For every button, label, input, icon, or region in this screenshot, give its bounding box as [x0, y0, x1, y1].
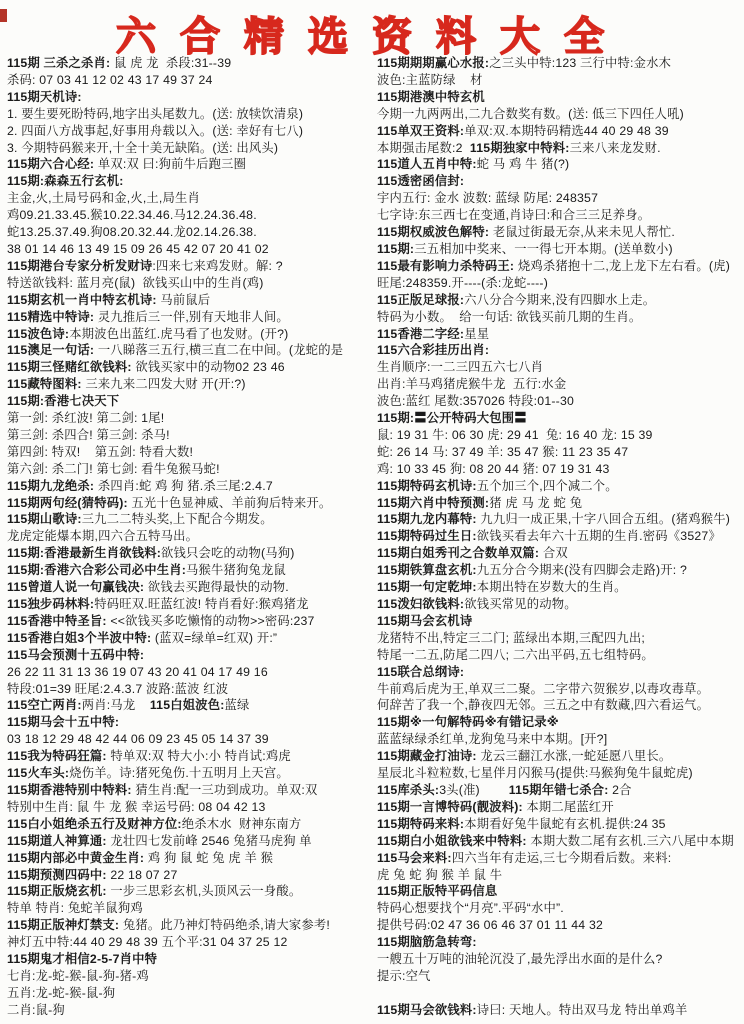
text-line: 115火车头:烧伤羊。诗:猪死兔伤.十五明月上天宫。 — [7, 765, 372, 782]
line-text: 26 22 11 31 13 36 19 07 43 20 41 04 17 4… — [7, 665, 268, 679]
text-line: 蓝蓝绿绿杀红单,龙狗兔马来中本期。[开?] — [377, 731, 744, 748]
line-text: 第一剑: 杀红波! 第二剑: 1尾! — [7, 411, 164, 425]
line-text: 3. 今期特码猴来开,十全十美无缺陷。(送: 出风头) — [7, 141, 278, 155]
line-label: 115期预测四码中: — [7, 868, 107, 882]
text-line: 115期马会欲钱料:诗曰: 天地人。特出双马龙 特出单鸡羊 — [377, 1002, 744, 1019]
line-text: 牛前鸡后虎为王,单双三二聚。二字带六贺猴岁,以毒攻毒草。 — [377, 682, 709, 696]
line-label: 115期两句经(猜特码): — [7, 496, 128, 510]
line-text: 老鼠过街最无奈,从来未见人帮忙. — [489, 225, 675, 239]
line-text: 何辞苦了我一个,静夜四无邻。三五之中有数藏,四六看运气。 — [377, 698, 709, 712]
text-line: 115期:香港最新生肖欲钱料:欲钱只会吃的动物(马狗) — [7, 545, 372, 562]
line-label: 115期特码玄机诗: — [377, 479, 477, 493]
line-text: 龙虎定能爆本期,四六合五特马出。 — [7, 529, 198, 543]
line-label: 115期六合心经: — [7, 157, 94, 171]
text-line: 二肖:鼠-狗 — [7, 1002, 372, 1019]
line-text: 2合 — [609, 783, 632, 797]
line-label: 115单双王资料: — [377, 124, 464, 138]
line-text: 欲钱去买跑得最快的动物. — [144, 580, 289, 594]
line-label: 115期九龙绝杀: — [7, 479, 94, 493]
text-line: 115期:森森五行玄机: — [7, 173, 372, 190]
line-label: 115期正版烧玄机: — [7, 884, 107, 898]
text-line: 115期正版烧玄机: 一步三思彩玄机,头顶风云一身酸。 — [7, 883, 372, 900]
line-text: 主金,火,土局号码和金,火,土,局生肖 — [7, 191, 200, 205]
text-line: 鼠: 19 31 牛: 06 30 虎: 29 41 兔: 16 40 龙: 1… — [377, 427, 744, 444]
text-line: 115期三怪赌红欲钱料: 欲钱买家中的动物02 23 46 — [7, 359, 372, 376]
line-text: 灵九推后三一伴,别有天地非人间。 — [94, 310, 289, 324]
content: 115期 三杀之杀肖: 鼠 虎 龙 杀段:31--39杀码: 07 03 41 … — [0, 55, 744, 1019]
text-line: 38 01 14 46 13 49 15 09 26 45 42 07 20 4… — [7, 241, 372, 258]
text-line: 七肖:龙-蛇-猴-鼠-狗-猪-鸡 — [7, 968, 372, 985]
line-label: 115澳足一句话: — [7, 343, 94, 357]
line-label: 115期权威波色解特: — [377, 225, 489, 239]
line-text: 星星 — [464, 327, 489, 341]
line-text: 七字诗:东三西七在变通,肖诗曰:和合三三足养身。 — [377, 208, 650, 222]
text-line: 115期白姐秀刊之合数单双篇: 合双 — [377, 545, 744, 562]
text-line: 115期正版特平码信息 — [377, 883, 744, 900]
text-line: 115期六肖中特预测:猪 虎 马 龙 蛇 兔 — [377, 495, 744, 512]
text-line: 115期一句定乾坤:本期出特在岁数大的生肖。 — [377, 579, 744, 596]
line-label: 115藏特图料: — [7, 377, 82, 391]
text-line: 第六剑: 杀二门! 第七剑: 看牛兔猴马蛇! — [7, 461, 372, 478]
line-text: 猪 虎 马 龙 蛇 兔 — [489, 496, 582, 510]
text-line: 115透密函信封: — [377, 173, 744, 190]
line-text: 一步三思彩玄机,头顶风云一身酸。 — [107, 884, 302, 898]
line-label: 115期马会欲钱料: — [377, 1003, 477, 1017]
line-text: 五肖:龙-蛇-猴-鼠-狗 — [7, 986, 115, 1000]
line-label: 115期白姐秀刊之合数单双篇: — [377, 546, 539, 560]
line-text: 欲钱买常见的动物。 — [464, 597, 576, 611]
line-label: 115最有影响力杀特码王: — [377, 259, 514, 273]
line-label: 115联合总纲诗: — [377, 665, 464, 679]
text-line: 115期港澳中特玄机 — [377, 89, 744, 106]
line-text: 合双 — [539, 546, 568, 560]
text-line: 115期:〓公开特码大包围〓 — [377, 410, 744, 427]
line-label: 115独步码林料: — [7, 597, 94, 611]
text-line: 神灯五中特:44 40 29 48 39 五个平:31 04 37 25 12 — [7, 934, 372, 951]
text-line: 鸡09.21.33.45.猴10.22.34.46.马12.24.36.48. — [7, 207, 372, 224]
line-text: 三来八来龙发财. — [570, 141, 661, 155]
text-line: 115期铁算盘玄机:九五分合今期来(没有四脚会走路)开: ? — [377, 562, 744, 579]
text-line: 115期天机诗: — [7, 89, 372, 106]
text-line: 第四剑: 特双! 第五剑: 特看大数! — [7, 444, 372, 461]
line-label: 115期天机诗: — [7, 90, 82, 104]
line-text: 本期强击尾数:2 — [377, 141, 470, 155]
line-label: 115期玄机一肖中特玄机诗: — [7, 293, 157, 307]
line-text: 六八分合今期来,没有四脚水上走。 — [464, 293, 655, 307]
text-line: 115期九龙绝杀: 杀四肖:蛇 鸡 狗 猪.杀三尾:2.4.7 — [7, 478, 372, 495]
text-line: 115期特码来料:本期看好兔牛鼠蛇有玄机.提供:24 35 — [377, 816, 744, 833]
line-label: 115期正版神灯禁支: — [7, 918, 119, 932]
line-label: 115期:香港七决天下 — [7, 394, 119, 408]
text-line: 03 18 12 29 48 42 44 06 09 23 45 05 14 3… — [7, 731, 372, 748]
text-line: 115最有影响力杀特码王: 烧鸡杀猪抱十二,龙上龙下左右看。(虎) — [377, 258, 744, 275]
text-line: 特码为小数。 给一句话: 欲钱买前几期的生肖。 — [377, 309, 744, 326]
text-line: 牛前鸡后虎为王,单双三二聚。二字带六贺猴岁,以毒攻毒草。 — [377, 681, 744, 698]
line-text: 蛇 马 鸡 牛 猪(?) — [477, 157, 570, 171]
line-label: 115期年错七杀合: — [509, 783, 609, 797]
text-line: 旺尾:248359.开----(杀:龙蛇----) — [377, 275, 744, 292]
line-label: 115期六肖中特预测: — [377, 496, 489, 510]
line-text: 本期出特在岁数大的生肖。 — [477, 580, 627, 594]
line-text: 特单 特肖: 兔蛇羊鼠狗鸡 — [7, 901, 143, 915]
line-label: 115道人五肖中特: — [377, 157, 477, 171]
text-line: 龙虎定能爆本期,四六合五特马出。 — [7, 528, 372, 545]
line-text: 出肖:羊马鸡猪虎猴牛龙 五行:水金 — [377, 377, 566, 391]
text-line: 115期白小姐欲钱来中特料: 本期大数二尾有玄机.三六八尾中本期 — [377, 833, 744, 850]
line-text: 特段:01=39 旺尾:2.4.3.7 波路:蓝波 红波 — [7, 682, 228, 696]
text-line: 115期:香港六合彩公司必中生肖:马猴牛猪狗兔龙鼠 — [7, 562, 372, 579]
line-label: 115期特码过生日: — [377, 529, 477, 543]
line-text: 九九归一成正果,十字八回合五组。(猪鸡猴牛) — [477, 512, 730, 526]
text-line: 115精选中特诗: 灵九推后三一伴,别有天地非人间。 — [7, 309, 372, 326]
text-line: 星辰北斗粒粒数,七星伴月闪猴马(提供:马猴狗兔牛鼠蛇虎) — [377, 765, 744, 782]
line-text: 龙壮四七发前峰 2546 兔猪马虎狗 单 — [107, 834, 312, 848]
line-label: 115期一言博特码(靓波料): — [377, 800, 523, 814]
line-text: 杀四肖:蛇 鸡 狗 猪.杀三尾:2.4.7 — [94, 479, 273, 493]
text-line: 提示:空气 — [377, 968, 744, 985]
line-label: 115期:香港最新生肖欲钱料: — [7, 546, 161, 560]
line-text: 一艘五十万吨的油轮沉没了,最先浮出水面的是什么? — [377, 952, 663, 966]
text-line: 鸡: 10 33 45 狗: 08 20 44 猪: 07 19 31 43 — [377, 461, 744, 478]
text-line: 115期正版神灯禁支: 兔猪。此乃神灯特码绝杀,请大家参考! — [7, 917, 372, 934]
line-label: 115期铁算盘玄机: — [377, 563, 477, 577]
text-line: 115期特码过生日:欲钱买看去年六十五期的生肖.密码《3527》 — [377, 528, 744, 545]
text-line: 115澳足一句话: 一八睇落三五行,横三直二在中间。(龙蛇的是 — [7, 342, 372, 359]
line-label: 115期山歌诗: — [7, 512, 82, 526]
line-text: 1. 要生要死盼特码,地字出头尾数九。(送: 放犊饮清泉) — [7, 107, 303, 121]
line-text: 之三头中特:123 三行中特:金水木 — [489, 56, 671, 70]
line-label: 115期白小姐欲钱来中特料: — [377, 834, 527, 848]
line-label: 115六合彩挂历出肖: — [377, 343, 489, 357]
text-line: 115期港台专家分析发财诗:四来七来鸡发财。解: ? — [7, 258, 372, 275]
text-line: 特码心想要找个“月亮”.平码“水中”. — [377, 900, 744, 917]
text-line: 115独步码林料:特码旺双.旺蓝红波! 特肖看好:猴鸡猪龙 — [7, 596, 372, 613]
line-label: 115马会预测十五码中特: — [7, 648, 144, 662]
text-line: 五肖:龙-蛇-猴-鼠-狗 — [7, 985, 372, 1002]
text-line: 115泼妇欲钱料:欲钱买常见的动物。 — [377, 596, 744, 613]
line-label: 115期※一句解特码※有错记录※ — [377, 715, 559, 729]
line-text: 特送欲钱料: 蓝月亮(鼠) 欲钱买山中的生肖(鸡) — [7, 276, 264, 290]
text-line: 何辞苦了我一个,静夜四无邻。三五之中有数藏,四六看运气。 — [377, 697, 744, 714]
text-line: 杀码: 07 03 41 12 02 43 17 49 37 24 — [7, 72, 372, 89]
line-text: 第六剑: 杀二门! 第七剑: 看牛兔猴马蛇! — [7, 462, 220, 476]
line-label: 115期:〓公开特码大包围〓 — [377, 411, 527, 425]
line-text: 3头(准) — [439, 783, 509, 797]
line-text: 兔猪。此乃神灯特码绝杀,请大家参考! — [119, 918, 330, 932]
line-text: 烧鸡杀猪抱十二,龙上龙下左右看。(虎) — [514, 259, 730, 273]
page-title: 六合精选资料大全 — [116, 5, 628, 62]
line-text: 鸡: 10 33 45 狗: 08 20 44 猪: 07 19 31 43 — [377, 462, 610, 476]
line-label: 115火车头: — [7, 766, 69, 780]
line-label: 115期马会玄机诗 — [377, 614, 472, 628]
line-label: 115期期期赢心水报: — [377, 56, 489, 70]
line-text: 03 18 12 29 48 42 44 06 09 23 45 05 14 3… — [7, 732, 269, 746]
line-text: 欲钱买家中的动物02 23 46 — [132, 360, 285, 374]
text-line: 115期六合心经: 单双:双 曰:狗前牛后跑三圈 — [7, 156, 372, 173]
text-line: 115期鬼才相信2-5-7肖中特 — [7, 951, 372, 968]
text-line: 生肖顺序:一二三四五六七八肖 — [377, 359, 744, 376]
left-column: 115期 三杀之杀肖: 鼠 虎 龙 杀段:31--39杀码: 07 03 41 … — [0, 55, 372, 1019]
text-line: 115香港中特圣旨: <<欲钱买多吃懒惰的动物>>密码:237 — [7, 613, 372, 630]
line-label: 115波色诗: — [7, 327, 69, 341]
line-text — [377, 986, 381, 1000]
text-line: 特段:01=39 旺尾:2.4.3.7 波路:蓝波 红波 — [7, 681, 372, 698]
text-line: 蛇13.25.37.49.狗08.20.32.44.龙02.14.26.38. — [7, 224, 372, 241]
line-text: 本期大数二尾有玄机.三六八尾中本期 — [527, 834, 734, 848]
line-text: 第四剑: 特双! 第五剑: 特看大数! — [7, 445, 193, 459]
text-line: 第一剑: 杀红波! 第二剑: 1尾! — [7, 410, 372, 427]
line-text: 第三剑: 杀四合! 第三剑: 杀马! — [7, 428, 170, 442]
line-text: 2. 四面八方战事起,好事用舟载以入。(送: 幸好有七八) — [7, 124, 303, 138]
line-text: 猜生肖:配一三功到成功。单双:双 — [132, 783, 318, 797]
text-line: 115期马会玄机诗 — [377, 613, 744, 630]
line-text: (蓝双=绿单=红双) 开:” — [151, 631, 277, 645]
line-text: 波色:主蓝防绿 材 — [377, 73, 483, 87]
line-label: 115期九龙内幕特: — [377, 512, 477, 526]
text-line: 115库杀头:3头(准) 115期年错七杀合: 2合 — [377, 782, 744, 799]
text-line: 115波色诗:本期波色出蓝红.虎马看了也发财。(开?) — [7, 326, 372, 343]
line-text: 一八睇落三五行,横三直二在中间。(龙蛇的是 — [94, 343, 343, 357]
text-line: 115期:三五相加中奖来、一一得七开本期。(送单数小) — [377, 241, 744, 258]
line-label: 115期道人神算通: — [7, 834, 107, 848]
line-label: 115期内部必中黄金生肖: — [7, 851, 144, 865]
text-line: 波色:蓝红 尾数:357026 特段:01--30 — [377, 393, 744, 410]
text-line: 主金,火,土局号码和金,火,土,局生肖 — [7, 190, 372, 207]
line-text: 本期波色出蓝红.虎马看了也发财。(开?) — [69, 327, 288, 341]
line-text: 七肖:龙-蛇-猴-鼠-狗-猪-鸡 — [7, 969, 149, 983]
line-text: 蓝蓝绿绿杀红单,龙狗兔马来中本期。[开?] — [377, 732, 607, 746]
text-line: 115空亡两肖:两肖:马龙 115白姐波色:蓝绿 — [7, 697, 372, 714]
line-label: 115期脑筋急转弯: — [377, 935, 477, 949]
line-text: 鸡 狗 鼠 蛇 兔 虎 羊 猴 — [144, 851, 273, 865]
text-line: 115期藏金打油诗: 龙云三翻江水涨,一蛇延愿八里长。 — [377, 748, 744, 765]
text-line: 115期马会十五中特: — [7, 714, 372, 731]
line-text: 欲钱只会吃的动物(马狗) — [161, 546, 295, 560]
line-text: 38 01 14 46 13 49 15 09 26 45 42 07 20 4… — [7, 242, 269, 256]
text-line: 115期 三杀之杀肖: 鼠 虎 龙 杀段:31--39 — [7, 55, 372, 72]
text-line — [377, 985, 744, 1002]
line-label: 115库杀头: — [377, 783, 439, 797]
line-text: 马前鼠后 — [157, 293, 211, 307]
text-line: 1. 要生要死盼特码,地字出头尾数九。(送: 放犊饮清泉) — [7, 106, 372, 123]
line-text: 蓝绿 — [225, 698, 250, 712]
line-text: 鼠: 19 31 牛: 06 30 虎: 29 41 兔: 16 40 龙: 1… — [377, 428, 653, 442]
line-text: 五光十色显神威、羊前狗后特来开。 — [128, 496, 332, 510]
line-text: 提示:空气 — [377, 969, 431, 983]
line-text: 龙猪特不出,特定三二门; 蓝绿出本期,三配四九出; — [377, 631, 645, 645]
text-line: 特送欲钱料: 蓝月亮(鼠) 欲钱买山中的生肖(鸡) — [7, 275, 372, 292]
line-text: 神灯五中特:44 40 29 48 39 五个平:31 04 37 25 12 — [7, 935, 288, 949]
line-text: 三来九来二四发大财 开(开:?) — [82, 377, 246, 391]
scan-artifact — [0, 9, 7, 22]
line-label: 115泼妇欲钱料: — [377, 597, 464, 611]
text-line: 特别中生肖: 鼠 牛 龙 猴 幸运号码: 08 04 42 13 — [7, 799, 372, 816]
text-line: 115马会来料:四六当年有走运,三七今期看后数。来料: — [377, 850, 744, 867]
text-line: 115六合彩挂历出肖: — [377, 342, 744, 359]
text-line: 115期:香港七决天下 — [7, 393, 372, 410]
line-text: 特码心想要找个“月亮”.平码“水中”. — [377, 901, 564, 915]
text-line: 115期玄机一肖中特玄机诗: 马前鼠后 — [7, 292, 372, 309]
line-text: 烧伤羊。诗:猪死兔伤.十五明月上天宫。 — [69, 766, 289, 780]
line-label: 115香港二字经: — [377, 327, 464, 341]
text-line: 115期权威波色解特: 老鼠过街最无奈,从来未见人帮忙. — [377, 224, 744, 241]
line-label: 115期香港特别中特料: — [7, 783, 132, 797]
line-text: 22 18 07 27 — [107, 868, 178, 882]
line-label: 115期: — [377, 242, 414, 256]
text-line: 115期一言博特码(靓波料): 本期二尾蓝红开 — [377, 799, 744, 816]
line-text: 两肖:马龙 — [82, 698, 150, 712]
line-label: 115透密函信封: — [377, 174, 464, 188]
line-text: 单双:双 曰:狗前牛后跑三圈 — [94, 157, 246, 171]
line-text: 欲钱买看去年六十五期的生肖.密码《3527》 — [477, 529, 721, 543]
text-line: 115马会预测十五码中特: — [7, 647, 372, 664]
text-line: 115期内部必中黄金生肖: 鸡 狗 鼠 蛇 兔 虎 羊 猴 — [7, 850, 372, 867]
line-text: 生肖顺序:一二三四五六七八肖 — [377, 360, 543, 374]
line-text: 特码旺双.旺蓝红波! 特肖看好:猴鸡猪龙 — [94, 597, 308, 611]
text-line: 115期脑筋急转弯: — [377, 934, 744, 951]
text-line: 今期一九两两出,二九合数奖有数。(送: 低三下四任人吼) — [377, 106, 744, 123]
line-label: 115期特码来料: — [377, 817, 464, 831]
line-label: 115期港台专家分析发财诗 — [7, 259, 152, 273]
line-text: 本期看好兔牛鼠蛇有玄机.提供:24 35 — [464, 817, 665, 831]
page: { "title": "六合精选资料大全", "colors": { "titl… — [0, 0, 744, 1024]
line-label: 115期 三杀之杀肖: — [7, 56, 110, 70]
text-line: 115曾道人说一句赢钱决: 欲钱去买跑得最快的动物. — [7, 579, 372, 596]
line-label: 115香港中特圣旨: — [7, 614, 107, 628]
text-line: 龙猪特不出,特定三二门; 蓝绿出本期,三配四九出; — [377, 630, 744, 647]
text-line: 第三剑: 杀四合! 第三剑: 杀马! — [7, 427, 372, 444]
text-line: 七字诗:东三西七在变通,肖诗曰:和合三三足养身。 — [377, 207, 744, 224]
line-label: 115期港澳中特玄机 — [377, 90, 485, 104]
line-text: 旺尾:248359.开----(杀:龙蛇----) — [377, 276, 548, 290]
text-line: 115我为特码狂篇: 特单双:双 特大小:小 特肖试:鸡虎 — [7, 748, 372, 765]
line-text: 特尾一二五,防尾二四八; 二六出平码,五七组特码。 — [377, 648, 654, 662]
line-text: 四六当年有走运,三七今期看后数。来料: — [452, 851, 672, 865]
line-text: 特别中生肖: 鼠 牛 龙 猴 幸运号码: 08 04 42 13 — [7, 800, 266, 814]
text-line: 115香港二字经:星星 — [377, 326, 744, 343]
text-line: 115期山歌诗:三九二二特头奖,上下配合今期发。 — [7, 511, 372, 528]
text-line: 115期九龙内幕特: 九九归一成正果,十字八回合五组。(猪鸡猴牛) — [377, 511, 744, 528]
line-text: 二肖:鼠-狗 — [7, 1003, 65, 1017]
line-label: 115曾道人说一句赢钱决: — [7, 580, 144, 594]
text-line: 115白小姐绝杀五行及财神方位:绝杀木水 财神东南方 — [7, 816, 372, 833]
line-label: 115我为特码狂篇: — [7, 749, 107, 763]
line-text: 特码为小数。 给一句话: 欲钱买前几期的生肖。 — [377, 310, 641, 324]
line-label: 115期藏金打油诗: — [377, 749, 477, 763]
text-line: 115期特码玄机诗:五个加三个,四个减二个。 — [377, 478, 744, 495]
text-line: 115期预测四码中: 22 18 07 27 — [7, 867, 372, 884]
line-text: 鼠 虎 龙 杀段:31--39 — [110, 56, 231, 70]
line-text: 绝杀木水 财神东南方 — [182, 817, 302, 831]
line-text: 星辰北斗粒粒数,七星伴月闪猴马(提供:马猴狗兔牛鼠蛇虎) — [377, 766, 693, 780]
line-label: 115期马会十五中特: — [7, 715, 119, 729]
line-text: 本期二尾蓝红开 — [523, 800, 614, 814]
line-label: 115期鬼才相信2-5-7肖中特 — [7, 952, 157, 966]
text-line: 115联合总纲诗: — [377, 664, 744, 681]
text-line: 115期道人神算通: 龙壮四七发前峰 2546 兔猪马虎狗 单 — [7, 833, 372, 850]
line-text: 诗曰: 天地人。特出双马龙 特出单鸡羊 — [477, 1003, 688, 1017]
line-text: 九五分合今期来(没有四脚会走路)开: ? — [477, 563, 687, 577]
line-text: :四来七来鸡发财。解: ? — [152, 259, 282, 273]
line-text: 特单双:双 特大小:小 特肖试:鸡虎 — [107, 749, 291, 763]
text-line: 一艘五十万吨的油轮沉没了,最先浮出水面的是什么? — [377, 951, 744, 968]
line-label: 115马会来料: — [377, 851, 452, 865]
text-line: 蛇: 26 14 马: 37 49 羊: 35 47 猴: 11 23 35 4… — [377, 444, 744, 461]
line-label: 115精选中特诗: — [7, 310, 94, 324]
header: 六合精选资料大全 — [0, 0, 744, 55]
line-text: 今期一九两两出,二九合数奖有数。(送: 低三下四任人吼) — [377, 107, 684, 121]
line-text: 五个加三个,四个减二个。 — [477, 479, 618, 493]
text-line: 115期香港特别中特料: 猜生肖:配一三功到成功。单双:双 — [7, 782, 372, 799]
line-label: 115期正版特平码信息 — [377, 884, 497, 898]
line-label: 115空亡两肖: — [7, 698, 82, 712]
line-text: 蛇13.25.37.49.狗08.20.32.44.龙02.14.26.38. — [7, 225, 257, 239]
text-line: 出肖:羊马鸡猪虎猴牛龙 五行:水金 — [377, 376, 744, 393]
line-text: 三九二二特头奖,上下配合今期发。 — [82, 512, 273, 526]
text-line: 115单双王资料:单双:双.本期特码精选44 40 29 48 39 — [377, 123, 744, 140]
line-text: 马猴牛猪狗兔龙鼠 — [186, 563, 286, 577]
line-label: 115香港白姐3个半波中特: — [7, 631, 151, 645]
line-label: 115期:森森五行玄机: — [7, 174, 124, 188]
text-line: 115藏特图料: 三来九来二四发大财 开(开:?) — [7, 376, 372, 393]
line-label: 115正版足球报: — [377, 293, 464, 307]
line-text: 三五相加中奖来、一一得七开本期。(送单数小) — [414, 242, 673, 256]
text-line: 115香港白姐3个半波中特: (蓝双=绿单=红双) 开:” — [7, 630, 372, 647]
line-label: 115期一句定乾坤: — [377, 580, 477, 594]
text-line: 波色:主蓝防绿 材 — [377, 72, 744, 89]
text-line: 26 22 11 31 13 36 19 07 43 20 41 04 17 4… — [7, 664, 372, 681]
text-line: 115期两句经(猜特码): 五光十色显神威、羊前狗后特来开。 — [7, 495, 372, 512]
text-line: 宇内五行: 金水 波数: 蓝绿 防尾: 248357 — [377, 190, 744, 207]
right-column: 115期期期赢心水报:之三头中特:123 三行中特:金水木波色:主蓝防绿 材11… — [372, 55, 744, 1019]
text-line: 115期期期赢心水报:之三头中特:123 三行中特:金水木 — [377, 55, 744, 72]
text-line: 提供号码:02 47 36 06 46 37 01 11 44 32 — [377, 917, 744, 934]
text-line: 本期强击尾数:2 115期独家中特料:三来八来龙发财. — [377, 140, 744, 157]
line-text: 杀码: 07 03 41 12 02 43 17 49 37 24 — [7, 73, 213, 87]
line-text: 提供号码:02 47 36 06 46 37 01 11 44 32 — [377, 918, 603, 932]
text-line: 115期※一句解特码※有错记录※ — [377, 714, 744, 731]
text-line: 特单 特肖: 兔蛇羊鼠狗鸡 — [7, 900, 372, 917]
line-label: 115白姐波色: — [150, 698, 225, 712]
text-line: 115正版足球报:六八分合今期来,没有四脚水上走。 — [377, 292, 744, 309]
text-line: 115道人五肖中特:蛇 马 鸡 牛 猪(?) — [377, 156, 744, 173]
text-line: 虎 兔 蛇 狗 猴 羊 鼠 牛 — [377, 867, 744, 884]
line-label: 115白小姐绝杀五行及财神方位: — [7, 817, 182, 831]
line-text: 波色:蓝红 尾数:357026 特段:01--30 — [377, 394, 574, 408]
line-text: 蛇: 26 14 马: 37 49 羊: 35 47 猴: 11 23 35 4… — [377, 445, 628, 459]
line-text: 宇内五行: 金水 波数: 蓝绿 防尾: 248357 — [377, 191, 598, 205]
line-label: 115期独家中特料: — [470, 141, 570, 155]
line-text: 鸡09.21.33.45.猴10.22.34.46.马12.24.36.48. — [7, 208, 257, 222]
text-line: 特尾一二五,防尾二四八; 二六出平码,五七组特码。 — [377, 647, 744, 664]
line-label: 115期:香港六合彩公司必中生肖: — [7, 563, 186, 577]
line-text: 单双:双.本期特码精选44 40 29 48 39 — [464, 124, 669, 138]
line-text: <<欲钱买多吃懒惰的动物>>密码:237 — [107, 614, 315, 628]
line-label: 115期三怪赌红欲钱料: — [7, 360, 132, 374]
text-line: 2. 四面八方战事起,好事用舟载以入。(送: 幸好有七八) — [7, 123, 372, 140]
line-text: 龙云三翻江水涨,一蛇延愿八里长。 — [477, 749, 672, 763]
text-line: 3. 今期特码猴来开,十全十美无缺陷。(送: 出风头) — [7, 140, 372, 157]
line-text: 虎 兔 蛇 狗 猴 羊 鼠 牛 — [377, 868, 502, 882]
